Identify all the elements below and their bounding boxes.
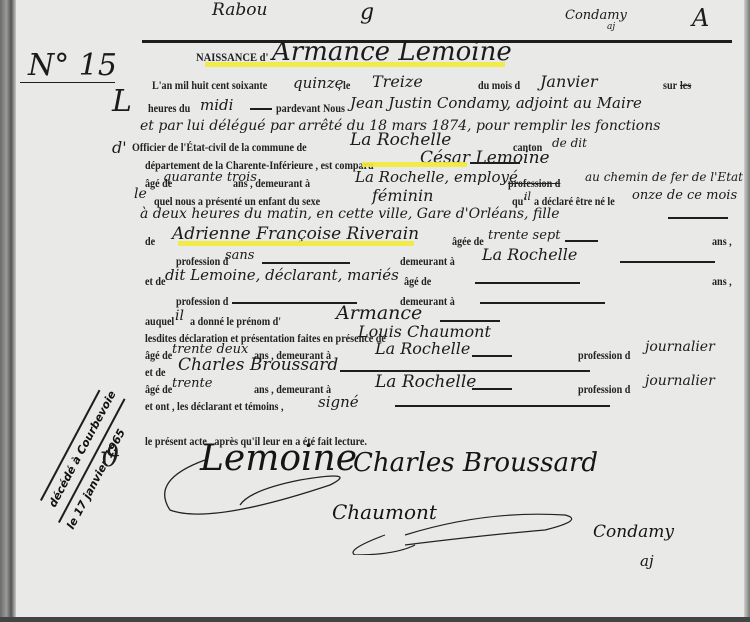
printed-age-de: âgé de: [404, 276, 431, 288]
entry-number-rule: [20, 82, 115, 83]
blank-rule: [480, 302, 605, 304]
year-hw: quinze: [293, 74, 344, 92]
printed-demeurant: ans , demeurant à: [233, 178, 310, 190]
blank-rule: [262, 262, 350, 264]
witness2-profession-hw: journalier: [645, 373, 715, 389]
canton-hw: de dit: [552, 136, 587, 150]
given-name-hw: Armance: [336, 302, 422, 324]
printed-demeurant: demeurant à: [400, 256, 455, 268]
mother-profession-hw: sans: [225, 248, 254, 263]
blank-rule: [395, 405, 610, 407]
blank-rule: [565, 240, 598, 242]
printed-ans: ans ,: [712, 276, 732, 288]
printed-sur: sur: [663, 80, 677, 92]
page-bottom-edge: [0, 617, 750, 622]
margin-le: le: [134, 186, 147, 202]
printed-auquel: auquel: [145, 316, 174, 328]
signature-officer-suffix: aj: [640, 552, 654, 570]
margin-initials-mark: ϑ: [100, 440, 120, 473]
day-hw: Treize: [372, 72, 423, 91]
previous-entry-mark: A: [692, 4, 709, 32]
previous-officer-suffix: aj: [607, 22, 615, 32]
margin-L: L: [112, 84, 132, 119]
witness2-age-hw: trente: [172, 376, 212, 391]
printed-du-mois: du mois d: [478, 80, 520, 92]
printed-ans: ans ,: [712, 236, 732, 248]
printed-profession: profession d: [578, 350, 630, 362]
previous-entry-signature: Rabou: [212, 0, 267, 20]
printed-prenom: a donné le prénom d': [190, 316, 281, 328]
signature-flourish: [285, 495, 585, 555]
printed-de: de: [145, 236, 155, 248]
officer-hw: Jean Justin Condamy, adjoint au Maire: [350, 94, 642, 112]
commune-hw: La Rochelle: [350, 130, 451, 150]
signed-hw: signé: [318, 393, 359, 411]
struck-profession: profession d: [508, 178, 560, 190]
blank-rule: [470, 162, 520, 164]
registry-page: Rabou g Condamy aj A N° 15 NAISSANCE d' …: [0, 0, 750, 622]
page-edge: [744, 0, 750, 622]
signature-officer: Condamy: [593, 522, 674, 542]
sex-hw: féminin: [372, 186, 433, 205]
printed-age-de: âgé de: [145, 350, 172, 362]
printed-agee: âgée de: [452, 236, 484, 248]
printed-et-de: et de: [145, 367, 166, 379]
blank-rule: [250, 108, 272, 110]
pronoun-hw: il: [524, 190, 531, 203]
signature-witness-broussard: Charles Broussard: [353, 448, 598, 478]
pronoun-hw: il: [175, 308, 184, 324]
printed-officier: Officier de l'État-civil de la commune d…: [132, 142, 307, 154]
declarant-note-hw: dit Lemoine, déclarant, mariés: [165, 266, 399, 284]
witness1-profession-hw: journalier: [645, 339, 715, 355]
mother-age-hw: trente sept: [488, 228, 560, 243]
highlight-name: [205, 62, 505, 67]
printed-age-de: âgé de: [145, 384, 172, 396]
blank-rule: [475, 282, 580, 284]
printed-pardevant: pardevant Nous: [276, 103, 345, 115]
struck-les: les: [680, 80, 691, 92]
mother-residence-hw: La Rochelle: [482, 245, 577, 264]
hour-hw: midi: [200, 96, 233, 114]
witness1-residence-hw: La Rochelle: [375, 339, 470, 358]
birth-place-hw: à deux heures du matin, en cette ville, …: [140, 206, 560, 222]
blank-rule: [472, 388, 512, 390]
printed-et-ont: et ont , les déclarant et témoins ,: [145, 401, 284, 413]
blank-rule: [620, 261, 715, 263]
printed-year-prefix: L'an mil huit cent soixante: [152, 80, 267, 92]
blank-rule: [472, 355, 512, 357]
margin-d: d': [112, 138, 127, 157]
highlight-father: [362, 162, 467, 167]
printed-le: , le: [338, 80, 350, 92]
book-binding: [0, 0, 16, 622]
printed-profession: profession d: [578, 384, 630, 396]
highlight-mother: [178, 241, 414, 246]
printed-profession: profession d: [176, 296, 228, 308]
witness2-name-hw: Charles Broussard: [178, 355, 338, 375]
printed-heures-du: heures du: [148, 103, 190, 115]
blank-rule: [668, 217, 728, 219]
birth-date-hw: onze de ce mois: [632, 188, 737, 203]
father-residence-hw: La Rochelle, employé: [355, 168, 518, 186]
witness2-residence-hw: La Rochelle: [375, 372, 476, 392]
previous-entry-glyph: g: [360, 0, 374, 25]
month-hw: Janvier: [540, 72, 598, 91]
printed-et-de: et de: [145, 276, 166, 288]
previous-officer-signature: Condamy: [565, 8, 627, 23]
father-profession-hw: au chemin de fer de l'Etat: [585, 170, 743, 184]
entry-number: N° 15: [28, 48, 117, 83]
